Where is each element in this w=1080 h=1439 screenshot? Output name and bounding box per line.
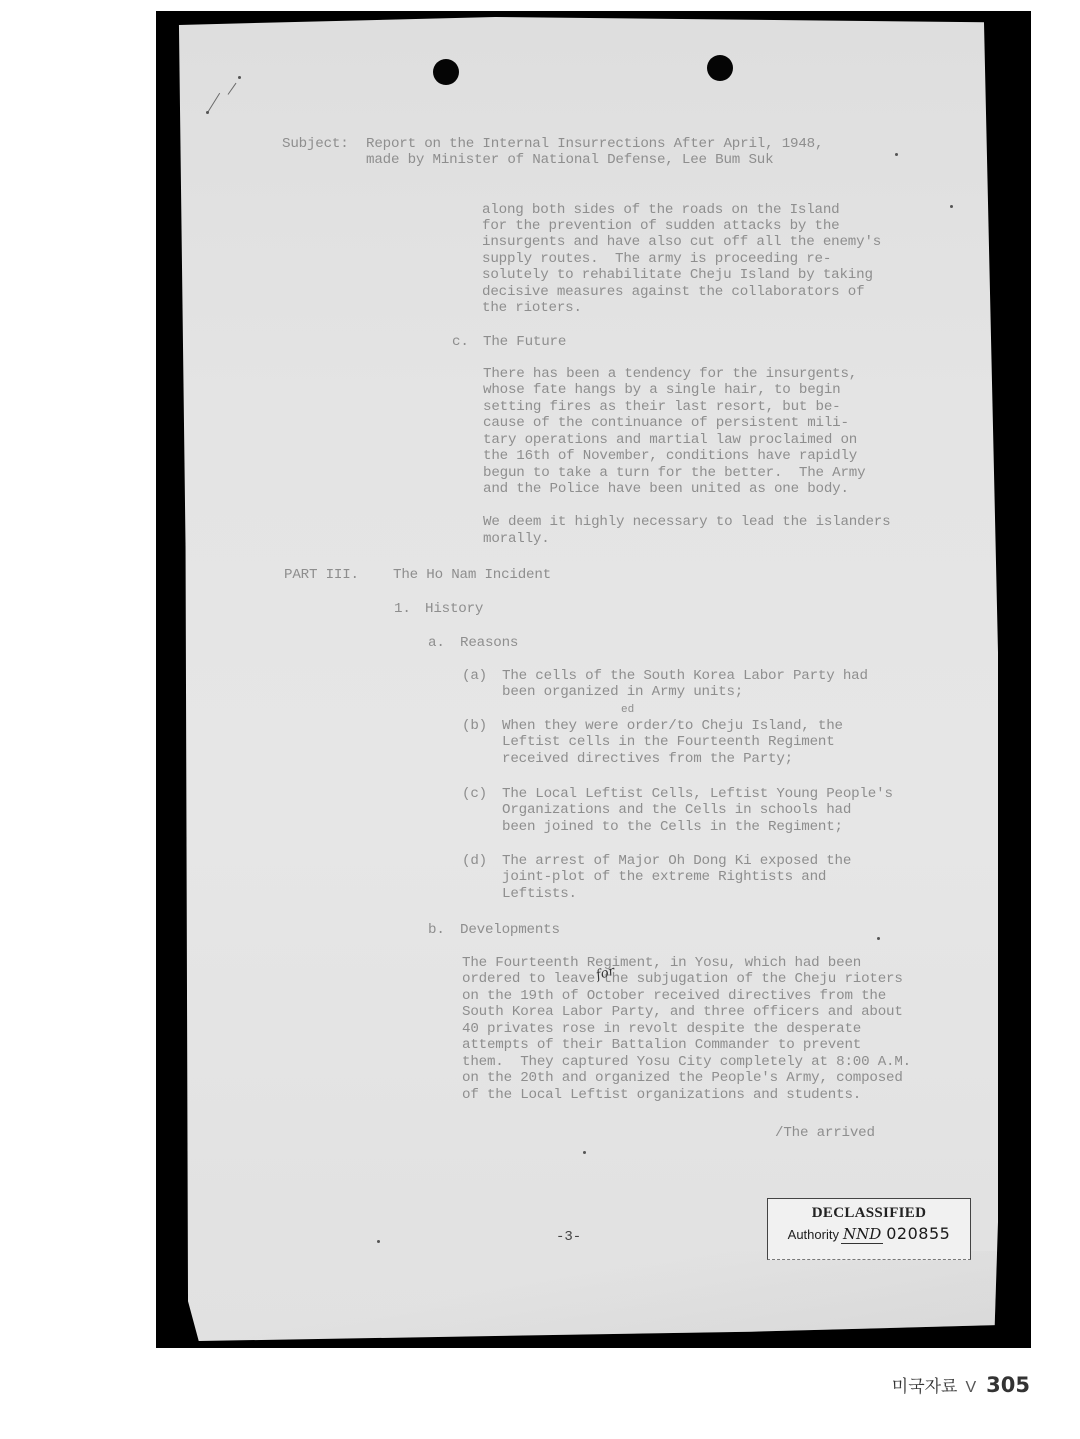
reasons-marker: a. — [428, 635, 445, 651]
text-line: them. They captured Yosu City completely… — [462, 1054, 911, 1070]
text-line: the rioters. — [482, 300, 582, 316]
text-line: The arrest of Major Oh Dong Ki exposed t… — [502, 853, 851, 869]
ink-speck — [238, 76, 241, 79]
document-page-number: -3- — [556, 1229, 581, 1245]
text-line: supply routes. The army is proceeding re… — [482, 251, 831, 267]
text-line: insurgents and have also cut off all the… — [482, 234, 881, 250]
ink-speck — [377, 1240, 380, 1243]
typed-insertion: ed — [621, 704, 634, 716]
part-title: The Ho Nam Incident — [393, 567, 551, 583]
text-line: tary operations and martial law proclaim… — [483, 432, 857, 448]
text-line: Leftist cells in the Fourteenth Regiment — [502, 734, 835, 750]
text-line: The cells of the South Korea Labor Party… — [502, 668, 868, 684]
stamp-authority-label: Authority — [788, 1227, 839, 1242]
text-line: been organized in Army units; — [502, 684, 743, 700]
text-line: decisive measures against the collaborat… — [482, 284, 864, 300]
text-line: The Local Leftist Cells, Leftist Young P… — [502, 786, 893, 802]
continuation-catchword: /The arrived — [775, 1125, 875, 1141]
text-line: solutely to rehabilitate Cheju Island by… — [482, 267, 873, 283]
text-line: on the 20th and organized the People's A… — [462, 1070, 903, 1086]
subject-line: Report on the Internal Insurrections Aft… — [366, 136, 823, 152]
footer-volume: V — [965, 1379, 976, 1397]
text-line: begun to take a turn for the better. The… — [483, 465, 865, 481]
text-line: Leftists. — [502, 886, 577, 902]
text-line: cause of the continuance of persistent m… — [483, 415, 849, 431]
text-line: been joined to the Cells in the Regiment… — [502, 819, 843, 835]
developments-heading: Developments — [460, 922, 560, 938]
text-line: along both sides of the roads on the Isl… — [482, 202, 840, 218]
text-line: We deem it highly necessary to lead the … — [483, 514, 890, 530]
declassified-stamp: DECLASSIFIED Authority NND 020855 — [767, 1198, 971, 1260]
text-line: There has been a tendency for the insurg… — [483, 366, 857, 382]
ink-speck — [950, 205, 953, 208]
footer-page-number: 305 — [986, 1373, 1030, 1397]
reasons-heading: Reasons — [460, 635, 518, 651]
book-footer: 미국자료 V 305 — [892, 1372, 1030, 1397]
subject-label: Subject: — [282, 136, 349, 152]
punch-hole-left — [433, 59, 459, 85]
stamp-signature: NND — [841, 1225, 883, 1244]
stamp-authority: Authority NND 020855 — [768, 1224, 970, 1244]
history-marker: 1. — [394, 601, 411, 617]
reason-marker: (d) — [462, 853, 487, 869]
text-line: the 16th of November, conditions have ra… — [483, 448, 857, 464]
punch-hole-right — [707, 55, 733, 81]
history-heading: History — [425, 601, 483, 617]
stamp-authority-number: 020855 — [886, 1224, 950, 1243]
text-line: joint-plot of the extreme Rightists and — [502, 869, 826, 885]
text-line: South Korea Labor Party, and three offic… — [462, 1004, 903, 1020]
text-line: morally. — [483, 531, 550, 547]
reason-marker: (c) — [462, 786, 487, 802]
text-line: ordered to leave the subjugation of the … — [462, 971, 903, 987]
ink-speck — [877, 937, 880, 940]
ink-speck — [206, 111, 209, 114]
text-line: whose fate hangs by a single hair, to be… — [483, 382, 841, 398]
ink-speck — [583, 1151, 586, 1154]
text-line: on the 19th of October received directiv… — [462, 988, 886, 1004]
section-c-marker: c. — [452, 334, 469, 350]
section-c-heading: The Future — [483, 334, 566, 350]
text-line: of the Local Leftist organizations and s… — [462, 1087, 861, 1103]
text-line: The Fourteenth Regiment, in Yosu, which … — [462, 955, 861, 971]
text-line: When they were order/to Cheju Island, th… — [502, 718, 843, 734]
text-line: and the Police have been united as one b… — [483, 481, 849, 497]
text-line: for the prevention of sudden attacks by … — [482, 218, 840, 234]
developments-marker: b. — [428, 922, 445, 938]
text-line: setting fires as their last resort, but … — [483, 399, 841, 415]
reason-marker: (a) — [462, 668, 487, 684]
reason-marker: (b) — [462, 718, 487, 734]
part-label: PART III. — [284, 567, 359, 583]
stamp-title: DECLASSIFIED — [768, 1205, 970, 1222]
text-line: attempts of their Battalion Commander to… — [462, 1037, 861, 1053]
text-line: received directives from the Party; — [502, 751, 793, 767]
ink-speck — [895, 153, 898, 156]
subject-line: made by Minister of National Defense, Le… — [366, 152, 773, 168]
text-line: Organizations and the Cells in schools h… — [502, 802, 851, 818]
footer-section-label: 미국자료 — [892, 1372, 958, 1397]
text-line: 40 privates rose in revolt despite the d… — [462, 1021, 861, 1037]
